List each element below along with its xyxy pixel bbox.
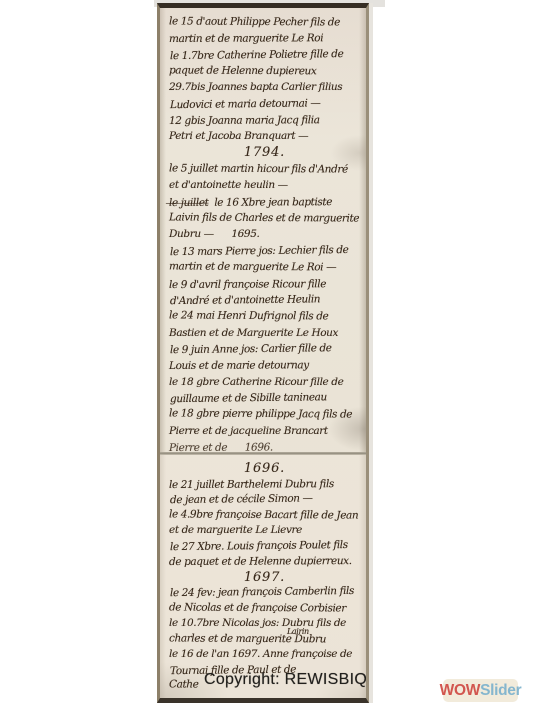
handwritten-line: 1794. <box>169 145 360 161</box>
handwritten-line: Ludovici et maria detournai — <box>170 95 361 114</box>
copyright-watermark: Copyright: REWISBIQUE <box>204 671 369 689</box>
handwritten-line: 29.7bis Joannes bapta Carlier filius <box>169 79 360 95</box>
handwritten-line: de Nicolas et de françoise Corbisier <box>169 600 360 617</box>
handwritten-line: et d'antoinette heulin — <box>169 177 360 193</box>
handwritten-line: le 10.7bre Nicolas jos: Dubru fils de <box>169 616 360 632</box>
handwritten-line: le 15 d'aout Philippe Pecher fils de <box>169 13 360 31</box>
scan-upper-section: le 15 d'aout Philippe Pecher fils demart… <box>160 8 366 452</box>
handwritten-line: martin et de marguerite Le Roi — <box>169 259 360 277</box>
handwritten-line: 12 gbis Joanna maria Jacq filia <box>169 112 360 129</box>
handwritten-line: 1696. <box>169 461 360 477</box>
handwritten-line: le 5 juillet martin hicour fils d'André <box>169 161 360 179</box>
upper-handwritten-lines: le 15 d'aout Philippe Pecher fils demart… <box>160 8 366 452</box>
handwritten-line: Petri et Jacoba Branquart — <box>169 128 360 144</box>
handwritten-line: Laivin fils de Charles et de marguerite <box>169 210 360 228</box>
handwritten-line: guillaume et de Sibille tanineau <box>170 389 361 408</box>
wowslider-slider-text: Slider <box>480 683 521 699</box>
handwritten-line: Louis et de marie detournay <box>169 357 360 374</box>
handwritten-line: le 24 fev: jean françois Camberlin fils <box>170 584 361 602</box>
slider-slide: le 15 d'aout Philippe Pecher fils demart… <box>0 0 533 711</box>
handwritten-line: Dubru — 1695. <box>169 226 360 242</box>
lower-handwritten-lines: 1696.le 21 juillet Barthelemi Dubru fils… <box>160 455 366 694</box>
handwritten-line: le 1.7bre Catherine Polietre fille de <box>170 46 361 65</box>
handwritten-line: le 27 Xbre. Louis françois Poulet fils <box>170 537 361 555</box>
handwritten-line: le 4.9bre françoise Bacart fille de Jean <box>169 507 360 524</box>
handwritten-line: charles et de marguerite Dubru <box>169 631 360 648</box>
handwritten-line: paquet de Helenne dupiereux <box>169 62 360 80</box>
handwritten-line: martin et de marguerite Le Roi <box>169 30 360 47</box>
handwritten-line: Bastien et de Marguerite Le Houx <box>169 325 360 341</box>
handwritten-line: et de marguerite Le Lievre <box>169 523 360 539</box>
handwritten-line: le 16 de l'an 1697. Anne françoise de <box>169 647 360 663</box>
handwritten-line: 1697. <box>169 570 360 586</box>
handwritten-line: le 18 gbre pierre philippe Jacq fils de <box>169 406 360 424</box>
handwritten-line: de paquet et de Helenne dupierreux. <box>169 554 360 570</box>
scan-right-edge <box>369 3 373 703</box>
handwritten-line: le 9 juin Anne jos: Carlier fille de <box>170 340 361 359</box>
handwritten-line: de jean et de cécile Simon — <box>170 491 361 509</box>
wowslider-wow-text: WOW <box>440 683 480 699</box>
handwritten-line: le 13 mars Pierre jos: Lechier fils de <box>170 242 361 261</box>
handwritten-line: Pierre et de jacqueline Brancart <box>169 423 360 439</box>
scan-lower-section: 1696.le 21 juillet Barthelemi Dubru fils… <box>160 455 366 698</box>
manuscript-scan: le 15 d'aout Philippe Pecher fils demart… <box>157 3 369 703</box>
handwritten-line: d'André et d'antoinette Heulin <box>170 291 361 310</box>
wowslider-watermark-link[interactable]: WOWSlider <box>443 679 518 702</box>
handwritten-line: l̶e̶ ̶j̶u̶i̶l̶l̶e̶t̶ le 16 Xbre jean bap… <box>169 194 360 211</box>
handwritten-line: Pierre et de 1696. <box>169 439 360 452</box>
handwritten-line: le 24 mai Henri Dufrignol fils de <box>169 308 360 326</box>
handwritten-line: le 18 gbre Catherine Ricour fille de <box>169 374 360 390</box>
